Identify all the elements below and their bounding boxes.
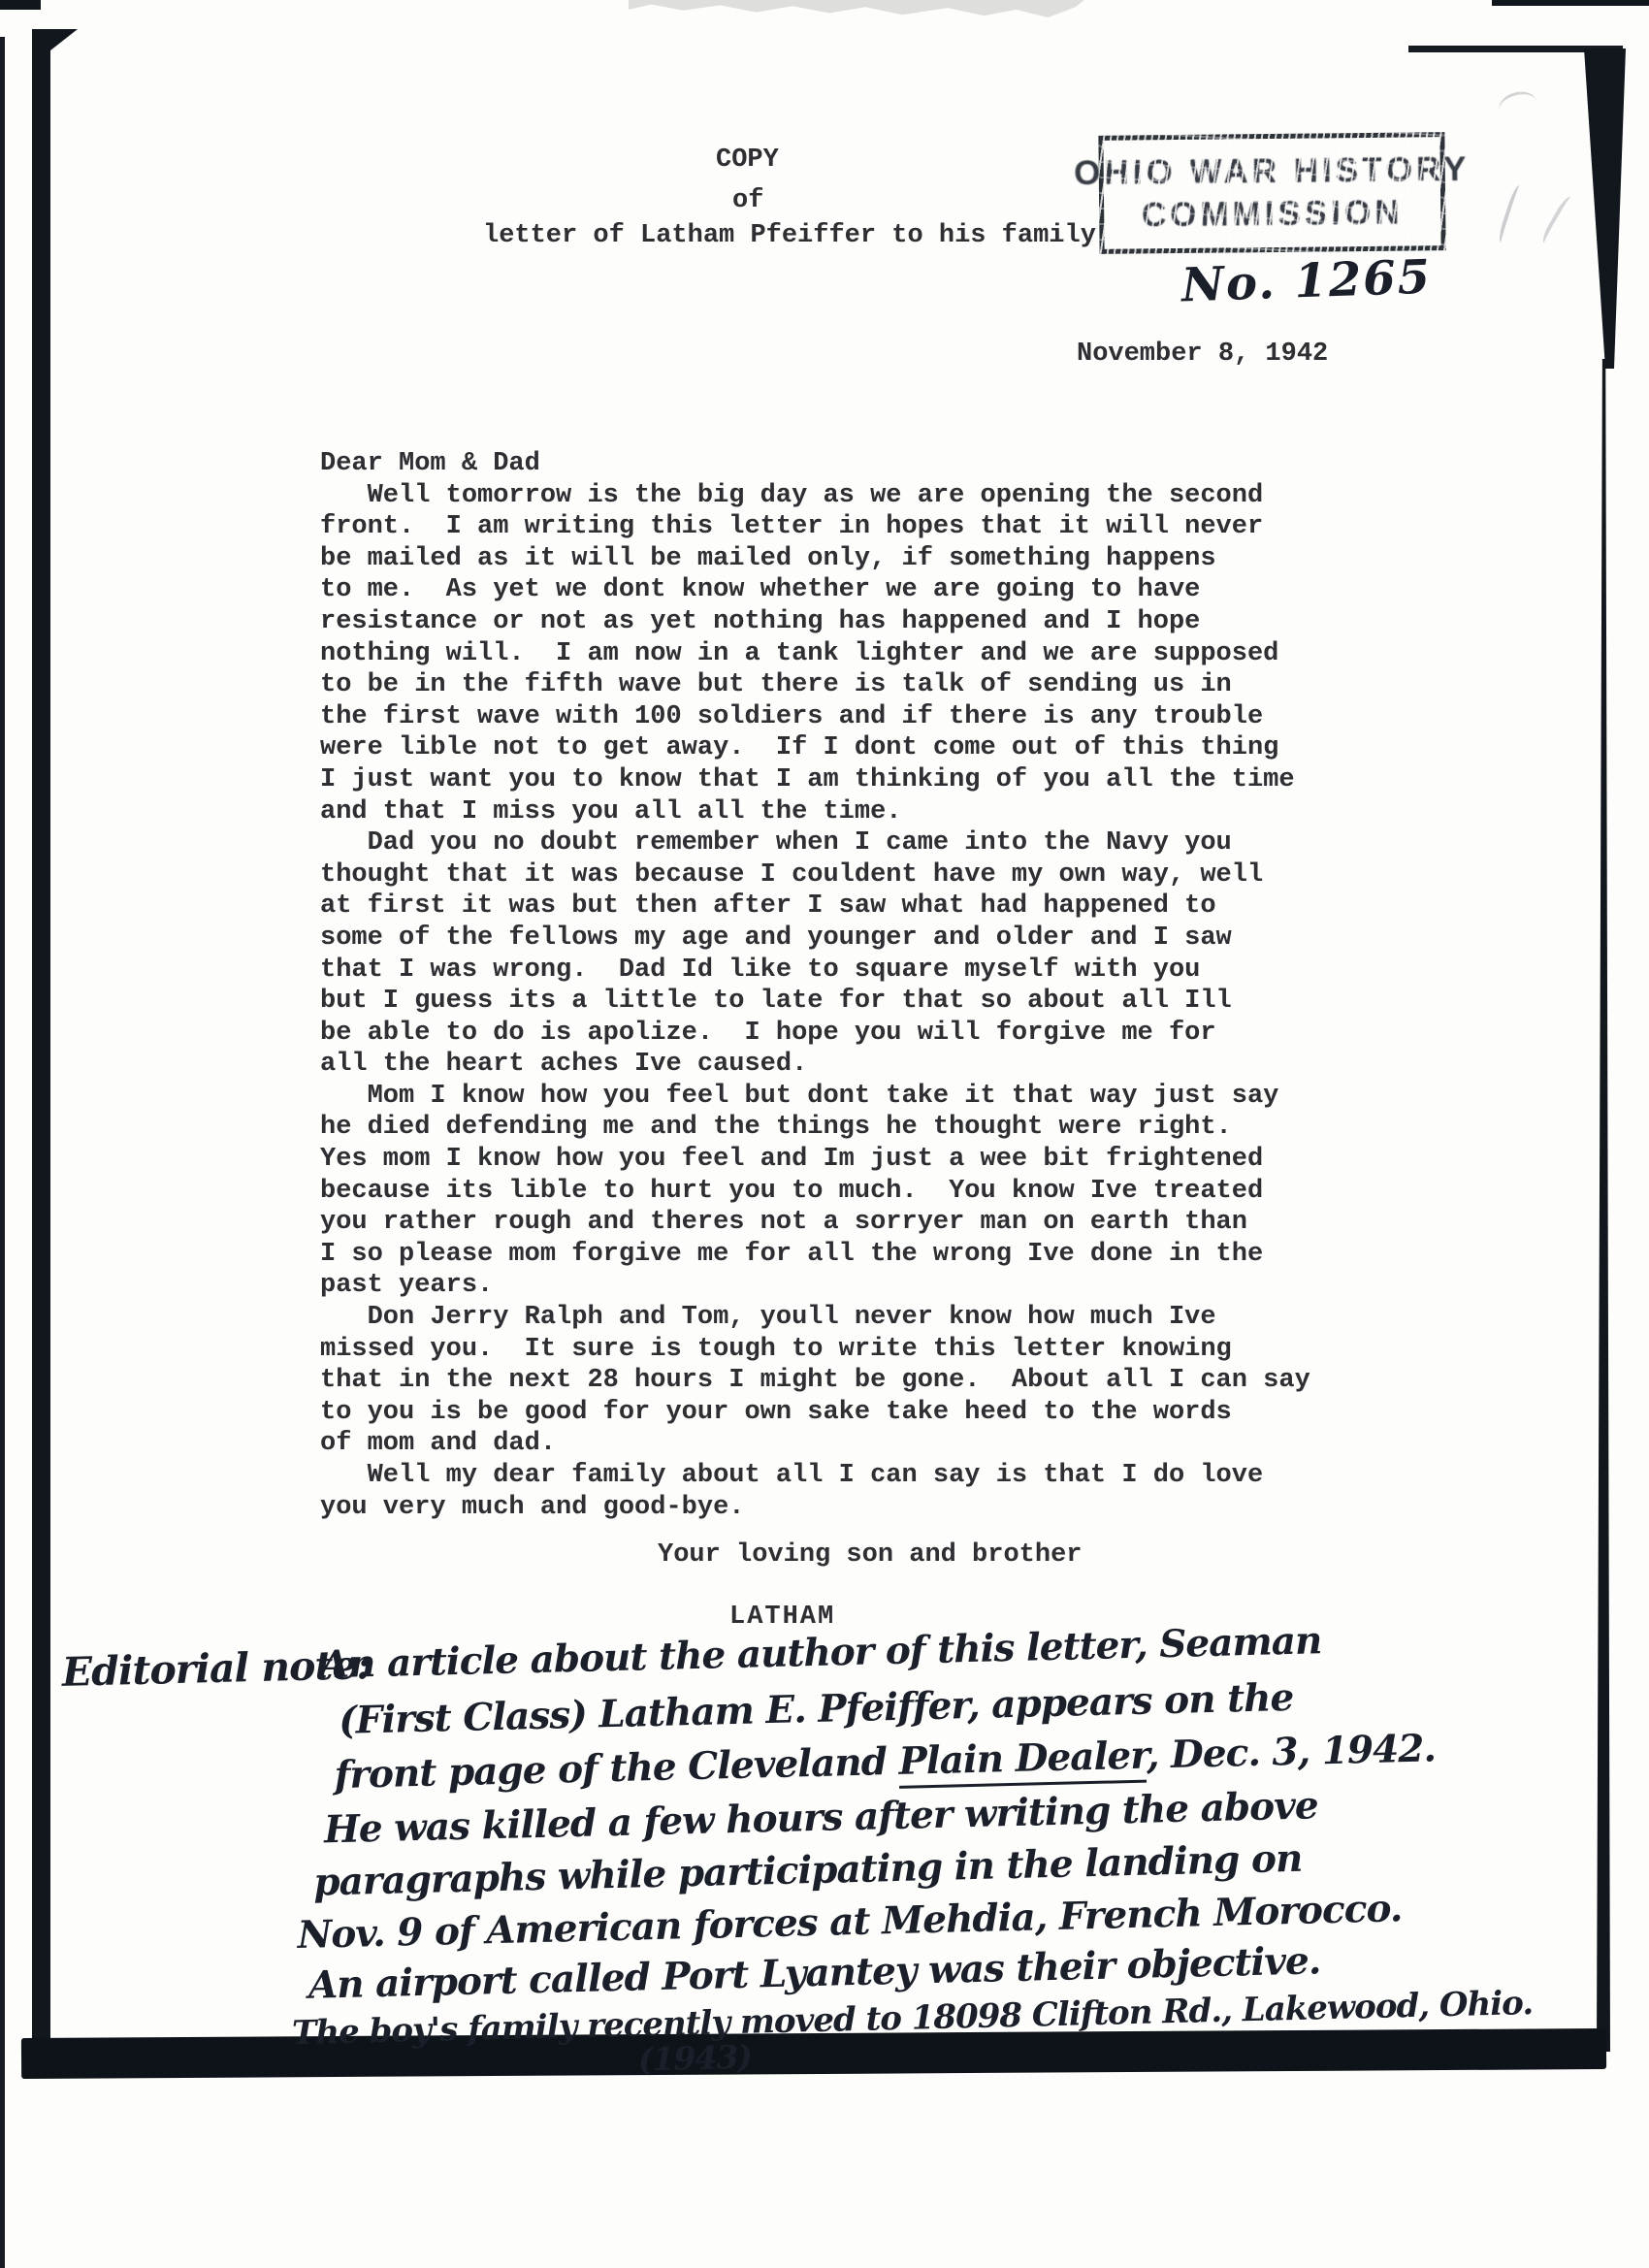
letter-body-line: be able to do is apolize. I hope you wil… bbox=[320, 1018, 1310, 1050]
letter-body-line: that in the next 28 hours I might be gon… bbox=[320, 1365, 1310, 1397]
letter-date: November 8, 1942 bbox=[1077, 340, 1328, 369]
letter-body-line: and that I miss you all all the time. bbox=[320, 796, 1310, 828]
letter-body-line: Well my dear family about all I can say … bbox=[320, 1460, 1310, 1492]
letter-body-line: Don Jerry Ralph and Tom, youll never kno… bbox=[320, 1302, 1310, 1334]
letter-body-line: I so please mom forgive me for all the w… bbox=[320, 1239, 1310, 1271]
letter-body-line: to you is be good for your own sake take… bbox=[320, 1397, 1310, 1429]
ohio-war-history-commission-stamp: OHIO WAR HISTORY COMMISSION bbox=[1098, 132, 1445, 254]
text-segment: front page of the Cleveland bbox=[334, 1739, 899, 1798]
letter-body-line: Yes mom I know how you feel and Im just … bbox=[320, 1144, 1310, 1176]
scan-edge-left-line bbox=[0, 37, 5, 2268]
stamp-distress-overlay bbox=[1098, 132, 1445, 254]
header-copy-label: COPY bbox=[716, 146, 779, 175]
letter-body-line: Dad you no doubt remember when I came in… bbox=[320, 827, 1310, 859]
stamp-accession-number: No. 1265 bbox=[1180, 250, 1433, 313]
letter-body-line: he died defending me and the things he t… bbox=[320, 1112, 1310, 1144]
letter-body-line: you rather rough and theres not a sorrye… bbox=[320, 1207, 1310, 1239]
editorial-note: Editorial note: An article about the aut… bbox=[0, 1597, 1649, 2122]
letter-body-line: because its lible to hurt you to much. Y… bbox=[320, 1176, 1310, 1208]
text-segment: , Dec. 3, 1942. bbox=[1146, 1726, 1436, 1777]
letter-body-line: all the heart aches Ive caused. bbox=[320, 1049, 1310, 1081]
underlined-phrase: Plain Dealer bbox=[898, 1733, 1148, 1789]
letter-body-line: Well tomorrow is the big day as we are o… bbox=[320, 480, 1310, 512]
letter-body-line: be mailed as it will be mailed only, if … bbox=[320, 543, 1310, 575]
letter-body-line: resistance or not as yet nothing has hap… bbox=[320, 606, 1310, 638]
letter-body-line: front. I am writing this letter in hopes… bbox=[320, 511, 1310, 543]
scanned-letter-page: COPY of letter of Latham Pfeiffer to his… bbox=[0, 0, 1649, 2268]
editorial-note-lines: An article about the author of this lett… bbox=[0, 1597, 1649, 2122]
scan-border-right-wedge bbox=[1577, 49, 1626, 369]
letter-body-line: I just want you to know that I am thinki… bbox=[320, 764, 1310, 796]
pencil-smudge-mark bbox=[1496, 87, 1540, 124]
letter-body-line: thought that it was because I couldent h… bbox=[320, 859, 1310, 891]
torn-paper-edge-top bbox=[629, 0, 1084, 17]
pencil-smudge-mark bbox=[1539, 194, 1578, 247]
letter-body-line: some of the fellows my age and younger a… bbox=[320, 923, 1310, 955]
letter-body-line: missed you. It sure is tough to write th… bbox=[320, 1334, 1310, 1366]
scan-edge-top-left bbox=[0, 0, 41, 10]
letter-body-line: were lible not to get away. If I dont co… bbox=[320, 732, 1310, 764]
header-subject-line: letter of Latham Pfeiffer to his family bbox=[483, 221, 1096, 250]
letter-body-line: the first wave with 100 soldiers and if … bbox=[320, 701, 1310, 733]
letter-body-line: you very much and good-bye. bbox=[320, 1492, 1310, 1524]
letter-body-line: that I was wrong. Dad Id like to square … bbox=[320, 955, 1310, 987]
scan-edge-top-right bbox=[1492, 0, 1649, 6]
header-of-label: of bbox=[732, 186, 763, 215]
letter-body-line: at first it was but then after I saw wha… bbox=[320, 891, 1310, 923]
letter-body-line: to be in the fifth wave but there is tal… bbox=[320, 669, 1310, 701]
letter-body: Dear Mom & Dad Well tomorrow is the big … bbox=[320, 448, 1310, 1523]
letter-body-line: but I guess its a little to late for tha… bbox=[320, 986, 1310, 1018]
letter-body-line: to me. As yet we dont know whether we ar… bbox=[320, 574, 1310, 606]
letter-body-line: Mom I know how you feel but dont take it… bbox=[320, 1081, 1310, 1113]
letter-body-line: past years. bbox=[320, 1270, 1310, 1302]
letter-closing: Your loving son and brother bbox=[658, 1540, 1082, 1570]
scan-border-left-notch bbox=[50, 29, 78, 50]
pencil-smudge-mark bbox=[1497, 184, 1527, 245]
editorial-note-line: (1943) bbox=[637, 2038, 752, 2079]
editorial-note-line: An article about the author of this lett… bbox=[319, 1618, 1322, 1687]
letter-body-line: Dear Mom & Dad bbox=[320, 448, 1310, 480]
letter-body-line: of mom and dad. bbox=[320, 1428, 1310, 1460]
letter-body-line: nothing will. I am now in a tank lighter… bbox=[320, 638, 1310, 670]
